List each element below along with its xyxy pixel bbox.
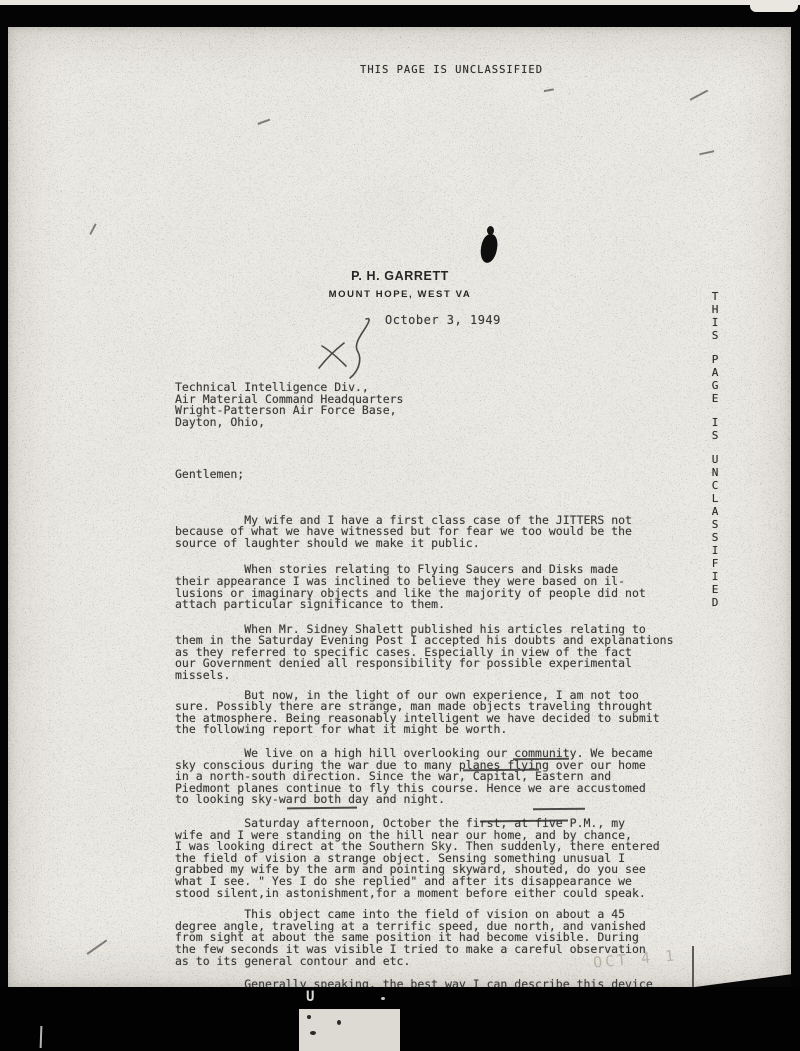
scratch-mark (690, 90, 708, 101)
vertical-streak (692, 946, 694, 992)
microfilm-scan: { "colors": { "paper": "#eceae4", "ink":… (0, 0, 800, 1051)
letter-date: October 3, 1949 (385, 313, 501, 327)
letter-paragraph-3: When Mr. Sidney Shalett published his ar… (175, 624, 715, 682)
letter-body: Technical Intelligence Div., Air Materia… (175, 359, 715, 1049)
ink-blot (487, 226, 494, 235)
speck (307, 1015, 311, 1019)
letter-paragraph-5: We live on a high hill overlooking our c… (175, 748, 715, 806)
scratch-mark (89, 223, 96, 234)
film-frame-top-strip (0, 0, 800, 5)
film-frame-window (299, 1009, 400, 1051)
letter-paragraph-2: When stories relating to Flying Saucers … (175, 564, 715, 610)
ink-blot (479, 233, 498, 264)
letter-paragraph-1: My wife and I have a first class case of… (175, 515, 715, 550)
classification-banner-top: THIS PAGE IS UNCLASSIFIED (360, 64, 543, 76)
speck (337, 1020, 341, 1025)
recipient-address: Technical Intelligence Div., Air Materia… (175, 382, 715, 428)
speck (310, 1031, 316, 1035)
letterhead-name: P. H. GARRETT (300, 269, 500, 283)
scratch-mark (86, 940, 107, 955)
film-frame-corner-blob (750, 0, 798, 12)
salutation: Gentlemen; (175, 469, 715, 481)
film-frame-dot (381, 997, 385, 1000)
letter-paragraph-4: But now, in the light of our own experie… (175, 690, 715, 736)
scratch-mark (544, 88, 554, 91)
film-frame-glyph: U (306, 989, 314, 1005)
film-frame-bottom (0, 987, 800, 1051)
scanned-letter-page: THIS PAGE IS UNCLASSIFIED THISPAGEISUNCL… (8, 27, 791, 987)
letterhead-location: MOUNT HOPE, WEST VA (300, 289, 500, 300)
letter-paragraph-6: Saturday afternoon, October the first, a… (175, 818, 715, 899)
side-banner-word: THIS (706, 290, 724, 342)
scratch-mark (257, 119, 270, 125)
letterhead: P. H. GARRETT MOUNT HOPE, WEST VA (300, 269, 500, 300)
scratch-mark (699, 150, 714, 155)
